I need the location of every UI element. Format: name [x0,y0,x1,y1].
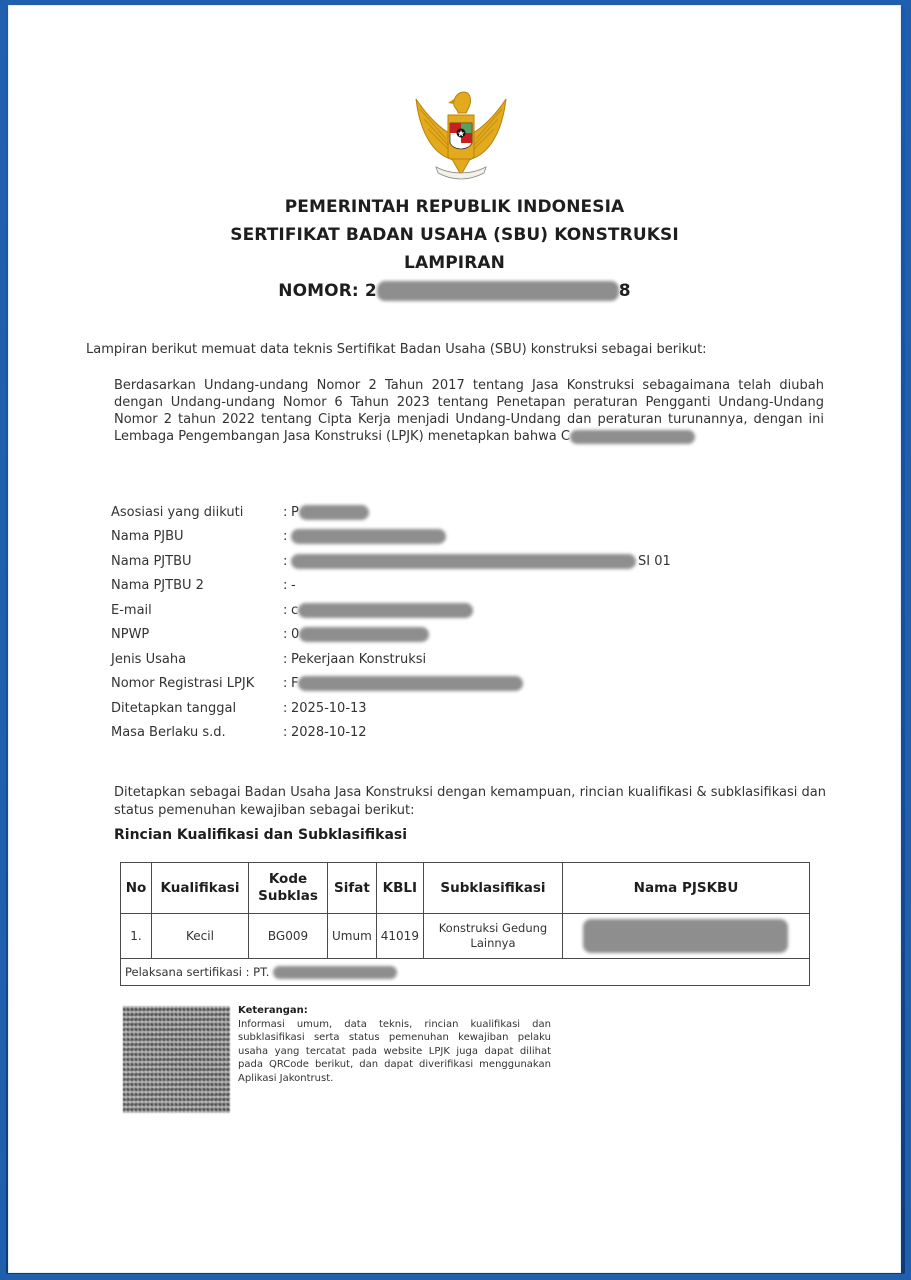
info-value: 2028-10-12 [291,725,367,740]
cell-kualifikasi: Kecil [152,914,249,959]
note-body: Informasi umum, data teknis, rincian kua… [238,1018,551,1086]
note-title: Keterangan: [238,1004,551,1018]
redacted-value [299,627,429,642]
info-label: Masa Berlaku s.d. [111,725,283,740]
col-kualifikasi: Kualifikasi [152,863,249,914]
col-kode-subklas-label: Kode Subklas [258,871,318,905]
redacted-number [377,281,619,301]
executor-label: Pelaksana sertifikasi : PT. [125,965,269,979]
info-value: SI 01 [291,554,671,569]
cell-no: 1. [121,914,152,959]
redacted-value [298,603,473,618]
section-title: Rincian Kualifikasi dan Subklasifikasi [114,827,407,843]
info-row: Nama PJTBU 2:- [111,574,671,599]
info-separator: : [283,554,291,569]
redacted-value [291,554,636,569]
qualification-table: No Kualifikasi Kode Subklas Sifat KBLI S… [120,862,810,986]
redacted-pjskbu [583,919,788,953]
info-label: Jenis Usaha [111,652,283,667]
info-separator: : [283,627,291,642]
redacted-value [291,529,446,544]
info-row: Nomor Registrasi LPJK:F [111,672,671,697]
info-row: Nama PJBU: [111,525,671,550]
info-separator: : [283,676,291,691]
info-row: Jenis Usaha:Pekerjaan Konstruksi [111,647,671,672]
cell-kbli: 41019 [376,914,423,959]
qr-code[interactable] [123,1006,230,1113]
col-nama-pjskbu: Nama PJSKBU [562,863,809,914]
info-value-text: 2025-10-13 [291,701,367,716]
nomor-label: NOMOR: [278,277,359,305]
government-title: PEMERINTAH REPUBLIK INDONESIA [8,193,901,221]
info-row: E-mail:c [111,598,671,623]
info-value [291,529,446,544]
info-label: Nama PJBU [111,529,283,544]
info-value-text: c [291,603,298,618]
col-kode-subklas: Kode Subklas [249,863,328,914]
info-separator: : [283,578,291,593]
info-label: E-mail [111,603,283,618]
info-value: 0 [291,627,429,642]
info-value-text: Pekerjaan Konstruksi [291,652,426,667]
redacted-executor [273,966,397,979]
info-value-text: 0 [291,627,299,642]
col-kbli: KBLI [376,863,423,914]
certification-executor-row: Pelaksana sertifikasi : PT. [121,959,810,986]
cell-subklasifikasi: Konstruksi Gedung Lainnya [423,914,562,959]
col-subklasifikasi: Subklasifikasi [423,863,562,914]
table-row: 1. Kecil BG009 Umum 41019 Konstruksi Ged… [121,914,810,959]
info-value: 2025-10-13 [291,701,367,716]
info-label: Nama PJTBU 2 [111,578,283,593]
redacted-value [298,676,523,691]
info-value-text: P [291,505,299,520]
info-value-text: F [291,676,298,691]
info-value-text: - [291,578,296,593]
info-label: Asosiasi yang diikuti [111,505,283,520]
legal-basis-text: Berdasarkan Undang-undang Nomor 2 Tahun … [114,378,824,444]
table-header-row: No Kualifikasi Kode Subklas Sifat KBLI S… [121,863,810,914]
info-value: Pekerjaan Konstruksi [291,652,426,667]
redacted-value [299,505,369,520]
info-row: Asosiasi yang diikuti:P [111,500,671,525]
garuda-emblem-icon [406,79,516,189]
certificate-number: NOMOR: 28 [8,277,901,305]
info-row: Masa Berlaku s.d.:2028-10-12 [111,721,671,746]
info-separator: : [283,701,291,716]
attachment-title: LAMPIRAN [8,249,901,277]
info-label: Nomor Registrasi LPJK [111,676,283,691]
info-value-text: 2028-10-12 [291,725,367,740]
nomor-prefix: 2 [365,277,377,305]
info-value: F [291,676,523,691]
info-separator: : [283,725,291,740]
legal-basis-paragraph: Berdasarkan Undang-undang Nomor 2 Tahun … [114,377,824,445]
nomor-suffix: 8 [619,277,631,305]
decision-paragraph: Ditetapkan sebagai Badan Usaha Jasa Kons… [114,784,826,819]
intro-text: Lampiran berikut memuat data teknis Sert… [86,342,707,357]
info-row: Nama PJTBU:SI 01 [111,549,671,574]
info-row: NPWP:0 [111,623,671,648]
redacted-company-name [570,430,695,444]
info-value-suffix: SI 01 [638,554,671,569]
info-value: P [291,505,369,520]
cell-sifat: Umum [328,914,377,959]
info-row: Ditetapkan tanggal:2025-10-13 [111,696,671,721]
info-separator: : [283,529,291,544]
note-block: Keterangan: Informasi umum, data teknis,… [238,1004,551,1085]
info-value: c [291,603,473,618]
col-sifat: Sifat [328,863,377,914]
col-no: No [121,863,152,914]
document-title: PEMERINTAH REPUBLIK INDONESIA SERTIFIKAT… [8,193,901,305]
certificate-page: PEMERINTAH REPUBLIK INDONESIA SERTIFIKAT… [8,5,901,1273]
info-label: Nama PJTBU [111,554,283,569]
certificate-title: SERTIFIKAT BADAN USAHA (SBU) KONSTRUKSI [8,221,901,249]
info-separator: : [283,652,291,667]
info-separator: : [283,505,291,520]
cell-kode: BG009 [249,914,328,959]
info-separator: : [283,603,291,618]
company-info-list: Asosiasi yang diikuti:PNama PJBU:Nama PJ… [111,500,671,745]
cell-executor: Pelaksana sertifikasi : PT. [121,959,810,986]
info-label: Ditetapkan tanggal [111,701,283,716]
info-label: NPWP [111,627,283,642]
info-value: - [291,578,296,593]
subklasifikasi-text: Konstruksi Gedung Lainnya [434,921,552,951]
cell-pjskbu [562,914,809,959]
company-name-prefix: C [561,429,570,444]
